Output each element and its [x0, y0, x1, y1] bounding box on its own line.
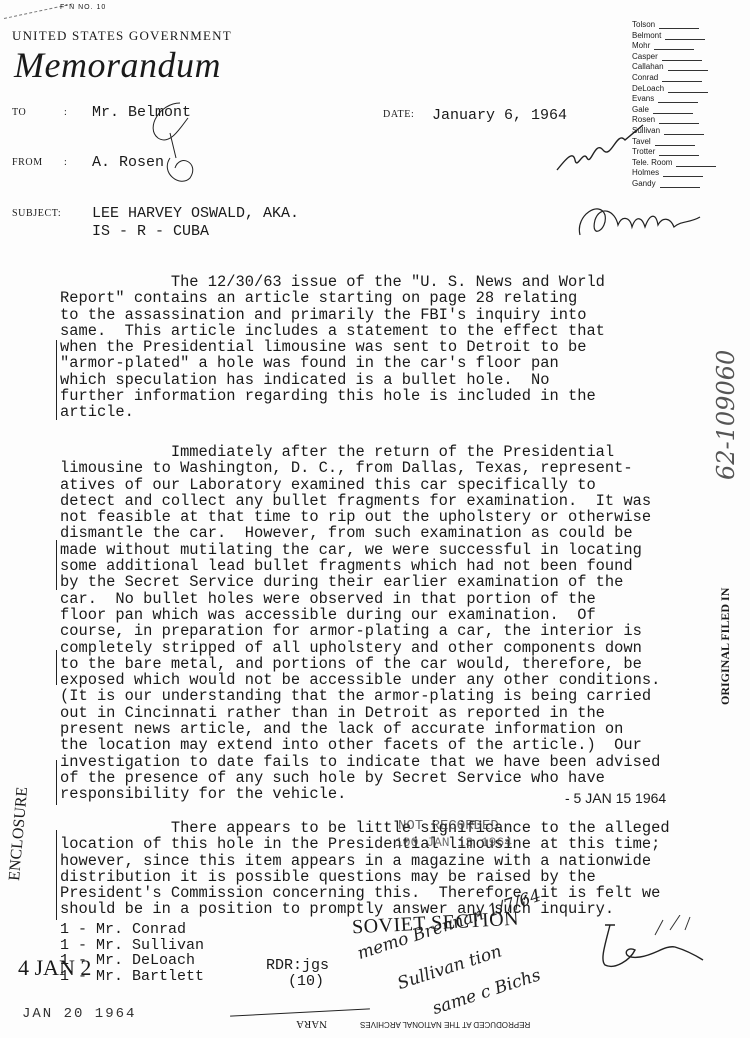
- routing-blank-line: [664, 126, 704, 135]
- routing-name: Gale: [632, 105, 649, 116]
- rule-line: [230, 1008, 370, 1016]
- to-colon: :: [64, 107, 67, 118]
- text-line: not feasible at that time to rip out the…: [60, 509, 660, 525]
- text-line: some additional lead bullet fragments wh…: [60, 558, 660, 574]
- text-line: article.: [60, 404, 605, 420]
- routing-name: Conrad: [632, 73, 658, 84]
- text-line: exposed which would not be accessible un…: [60, 672, 660, 688]
- text-line: location of this hole in the Presidentia…: [60, 836, 670, 852]
- text-line: when the Presidential limousine was sent…: [60, 339, 605, 355]
- routing-name: Casper: [632, 52, 658, 63]
- text-line: course, in preparation for armor-plating…: [60, 623, 660, 639]
- routing-entry: Gandy: [632, 179, 716, 190]
- text-line: of the presence of any such hole by Secr…: [60, 770, 660, 786]
- routing-entry: Mohr: [632, 41, 716, 52]
- text-line: made without mutilating the car, we were…: [60, 542, 660, 558]
- text-line: by the Secret Service during their earli…: [60, 574, 660, 590]
- recorded-stamp: - 5 JAN 15 1964: [565, 790, 666, 806]
- handwritten-initials-right: [555, 120, 645, 180]
- routing-blank-line: [663, 168, 703, 177]
- text-line: (It is our understanding that the armor-…: [60, 688, 660, 704]
- copy-count: (10): [288, 973, 324, 990]
- text-line: investigation to date fails to indicate …: [60, 754, 660, 770]
- routing-blank-line: [659, 115, 699, 124]
- margin-mark: [56, 540, 57, 590]
- routing-blank-line: [668, 62, 708, 71]
- text-line: to the bare metal, and portions of the c…: [60, 656, 660, 672]
- routing-entry: Casper: [632, 52, 716, 63]
- routing-blank-line: [655, 137, 695, 146]
- document-type-title: Memorandum: [14, 44, 221, 86]
- routing-entry: Evans: [632, 94, 716, 105]
- not-recorded-date: 100 JAN 13 1964: [395, 835, 512, 850]
- file-number-handwritten: 62-109060: [712, 350, 740, 480]
- form-number: F°N NO. 10: [60, 4, 106, 11]
- typist-initials: RDR:jgs: [266, 957, 329, 974]
- routing-blank-line: [654, 41, 694, 50]
- text-line: atives of our Laboratory examined this c…: [60, 477, 660, 493]
- nara-stamp: NARA: [296, 1018, 327, 1030]
- margin-mark: [56, 830, 57, 920]
- handwritten-initials-belmont: [140, 98, 220, 208]
- text-line: Immediately after the return of the Pres…: [60, 444, 660, 460]
- subject-label: SUBJECT:: [12, 208, 61, 219]
- paragraph-1: The 12/30/63 issue of the "U. S. News an…: [60, 274, 605, 421]
- text-line: The 12/30/63 issue of the "U. S. News an…: [60, 274, 605, 290]
- routing-blank-line: [659, 147, 699, 156]
- text-line: present news article, and the lack of ac…: [60, 721, 660, 737]
- routing-name: Gandy: [632, 179, 656, 190]
- reproduced-stamp: REPRODUCED AT THE NATIONAL ARCHIVES: [360, 1020, 530, 1029]
- from-label: FROM: [12, 157, 43, 168]
- text-line: distribution it is possible questions ma…: [60, 869, 670, 885]
- routing-name: Tolson: [632, 20, 655, 31]
- paragraph-3: There appears to be little significance …: [60, 820, 670, 918]
- text-line: further information regarding this hole …: [60, 388, 605, 404]
- to-label: TO: [12, 107, 26, 118]
- routing-name: DeLoach: [632, 84, 664, 95]
- routing-blank-line: [660, 179, 700, 188]
- text-line: floor pan which was accessible during ou…: [60, 607, 660, 623]
- text-line: limousine to Washington, D. C., from Dal…: [60, 460, 660, 476]
- text-line: the location may extend into other facet…: [60, 737, 660, 753]
- text-line: which speculation has indicated is a bul…: [60, 372, 605, 388]
- routing-blank-line: [676, 158, 716, 167]
- subject-line-2: IS - R - CUBA: [92, 223, 209, 240]
- copy-recipient: 1 - Mr. Sullivan: [60, 938, 204, 954]
- routing-entry: Belmont: [632, 31, 716, 42]
- text-line: There appears to be little significance …: [60, 820, 670, 836]
- routing-entry: Tolson: [632, 20, 716, 31]
- text-line: Report" contains an article starting on …: [60, 290, 605, 306]
- margin-mark: [56, 650, 57, 685]
- routing-name: Callahan: [632, 62, 664, 73]
- text-line: President's Commission concerning this. …: [60, 885, 670, 901]
- text-line: however, since this item appears in a ma…: [60, 853, 670, 869]
- routing-blank-line: [658, 94, 698, 103]
- routing-blank-line: [659, 20, 699, 29]
- date-label: DATE:: [383, 109, 414, 120]
- routing-entry: Callahan: [632, 62, 716, 73]
- paragraph-2: Immediately after the return of the Pres…: [60, 444, 660, 803]
- text-line: detect and collect any bullet fragments …: [60, 493, 660, 509]
- text-line: car. No bullet holes were observed in th…: [60, 591, 660, 607]
- routing-blank-line: [668, 84, 708, 93]
- bottom-date-stamp: JAN 20 1964: [22, 1006, 136, 1022]
- enclosure-stamp: ENCLOSURE: [6, 786, 32, 881]
- text-line: to the assassination and primarily the F…: [60, 307, 605, 323]
- from-colon: :: [64, 157, 67, 168]
- text-line: dismantle the car. However, from such ex…: [60, 525, 660, 541]
- routing-name: Belmont: [632, 31, 661, 42]
- signature-hoover: [570, 195, 710, 255]
- margin-mark: [56, 340, 57, 420]
- routing-entry: DeLoach: [632, 84, 716, 95]
- handwritten-signature-bottom: [585, 915, 705, 975]
- routing-blank-line: [662, 52, 702, 61]
- margin-mark: [56, 760, 57, 805]
- not-recorded-stamp: NOT RECORDED: [398, 818, 499, 834]
- routing-blank-line: [662, 73, 702, 82]
- copy-recipient: 1 - Mr. Conrad: [60, 922, 204, 938]
- text-line: same. This article includes a statement …: [60, 323, 605, 339]
- date-value: January 6, 1964: [432, 107, 567, 124]
- text-line: out in Cincinnati rather than in Detroit…: [60, 705, 660, 721]
- routing-name: Mohr: [632, 41, 650, 52]
- routing-blank-line: [665, 31, 705, 40]
- original-filed-stamp: ORIGINAL FILED IN: [718, 588, 733, 705]
- routing-blank-line: [653, 105, 693, 114]
- routing-entry: Gale: [632, 105, 716, 116]
- left-date-stamp: 4 JAN 2: [18, 955, 91, 981]
- routing-name: Evans: [632, 94, 654, 105]
- routing-entry: Conrad: [632, 73, 716, 84]
- text-line: completely stripped of all upholstery an…: [60, 640, 660, 656]
- text-line: "armor-plated" a hole was found in the c…: [60, 355, 605, 371]
- agency-name: UNITED STATES GOVERNMENT: [12, 28, 232, 44]
